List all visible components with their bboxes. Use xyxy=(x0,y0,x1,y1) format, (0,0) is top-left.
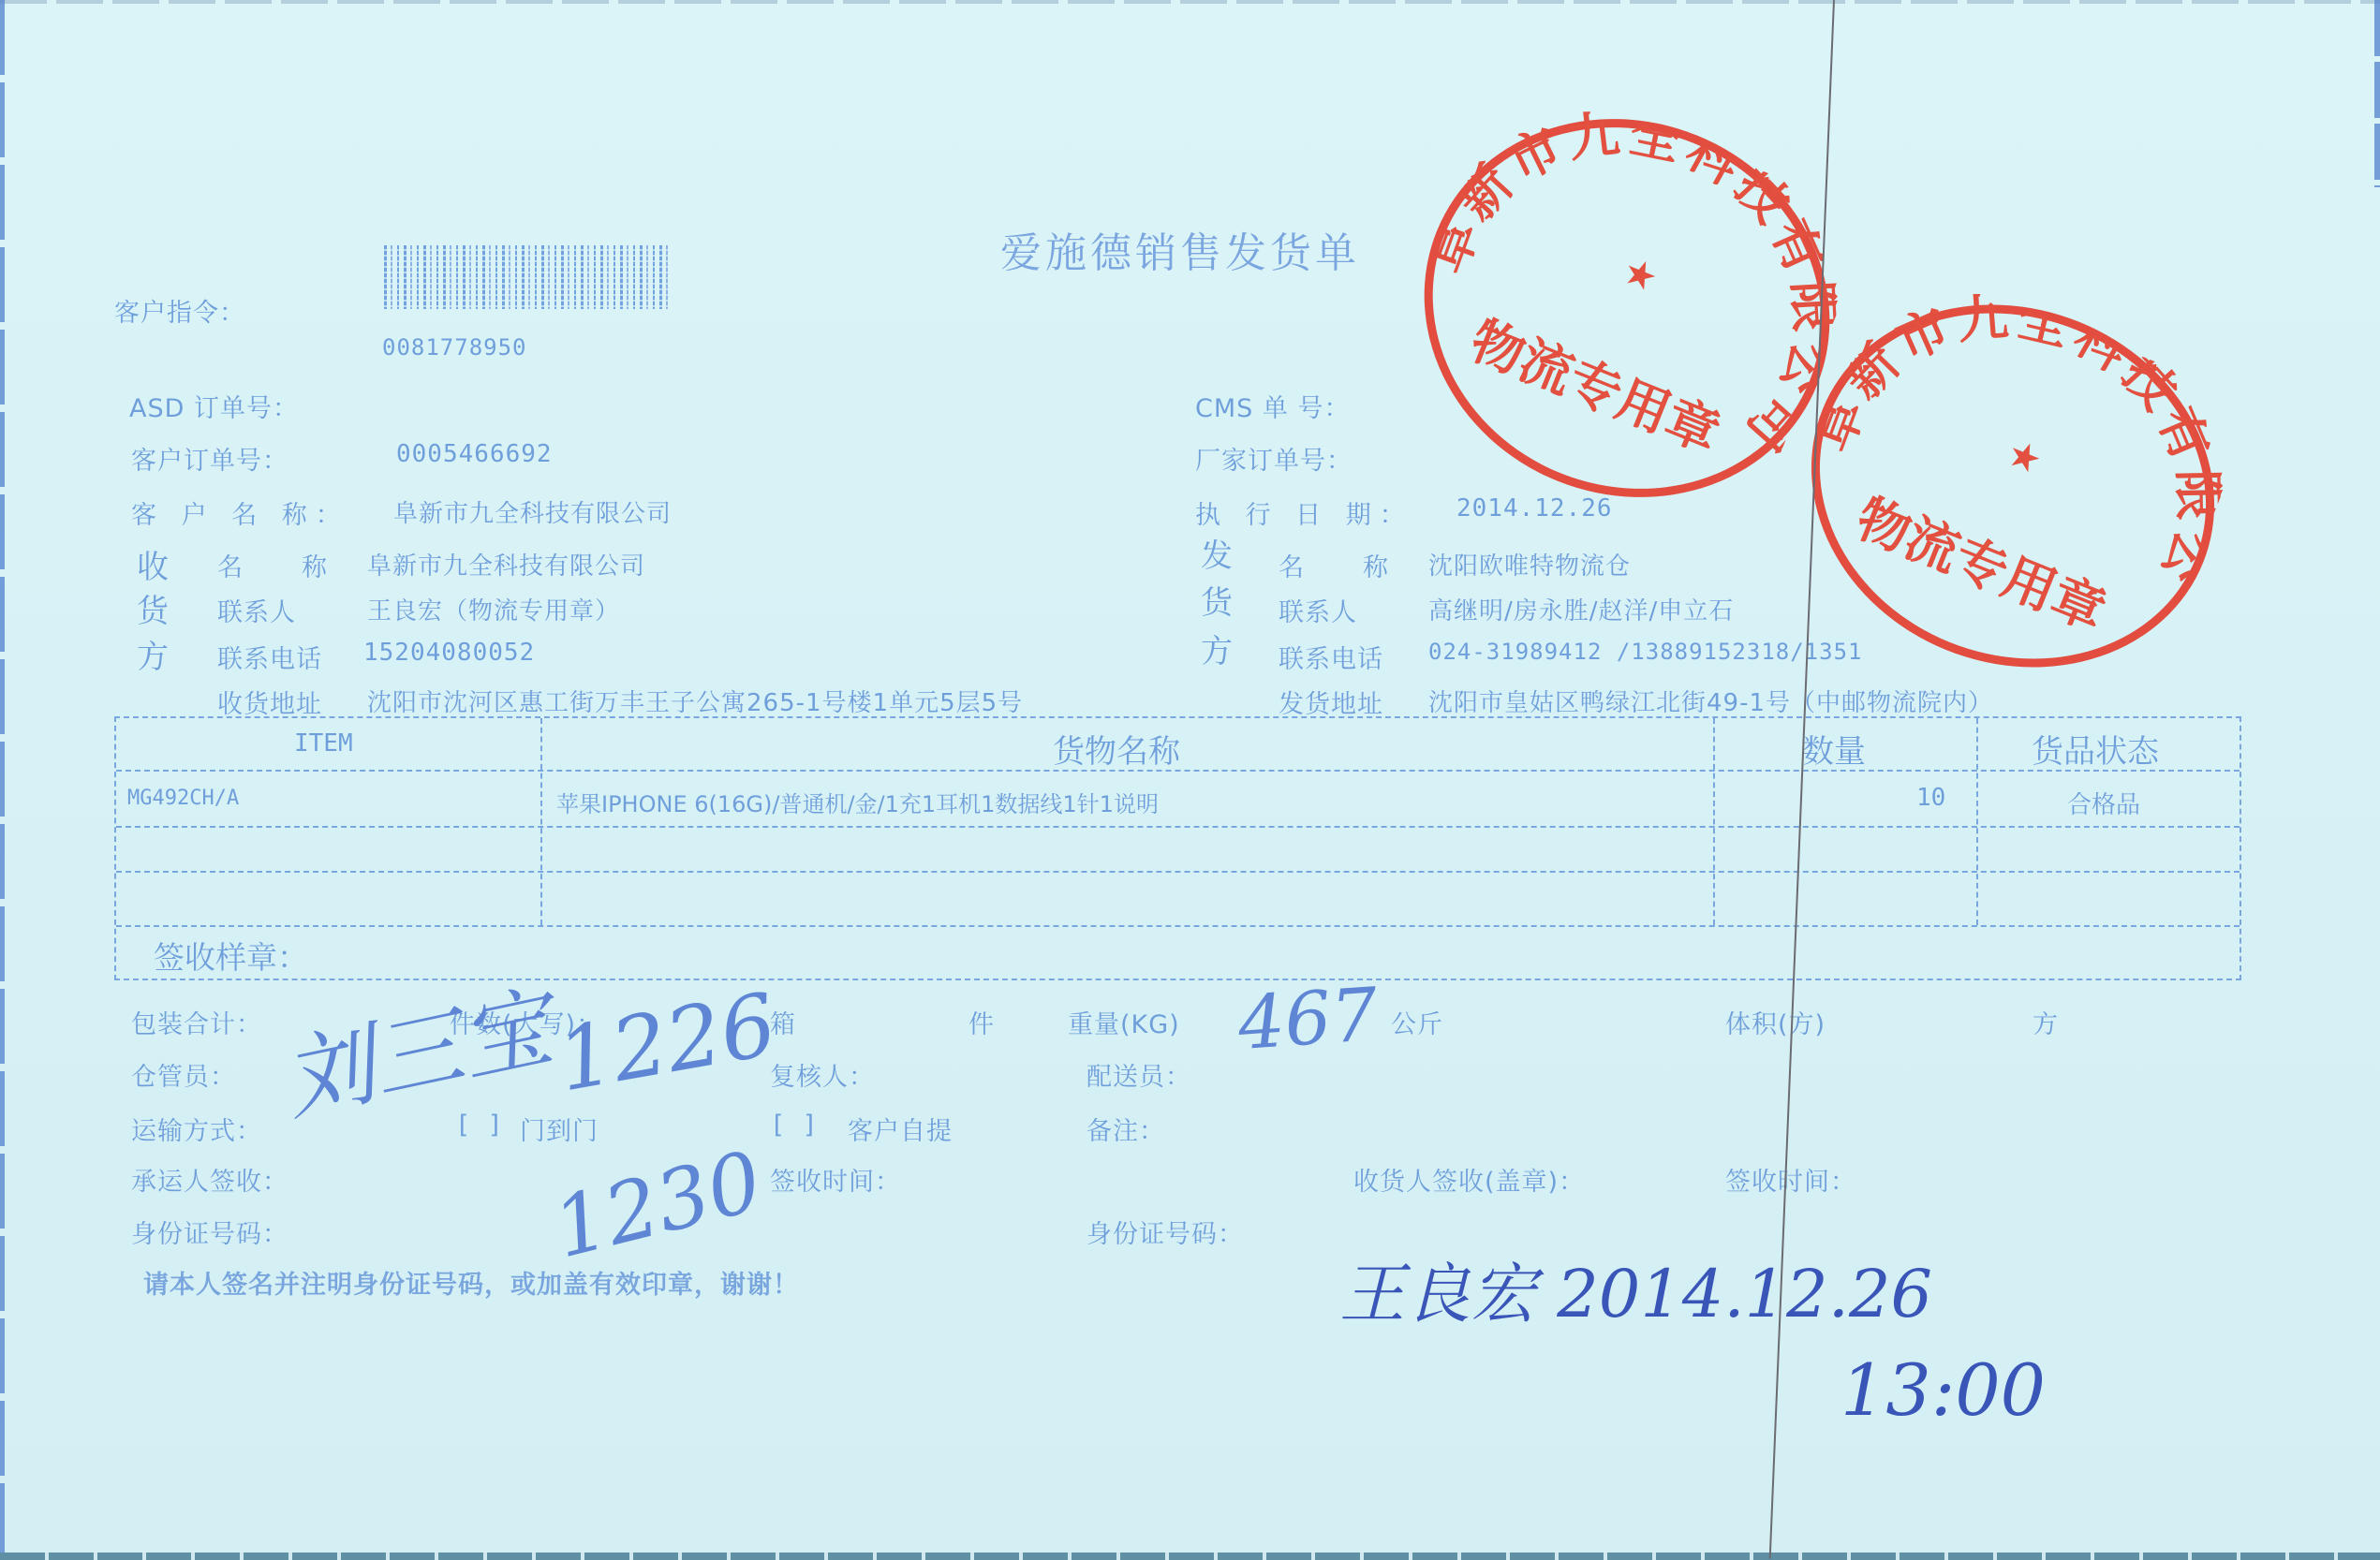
handwritten-time-2: 1230 xyxy=(544,1132,771,1276)
volume-unit: 方 xyxy=(2033,1004,2059,1040)
cms-order-label: CMS 单 号： xyxy=(1195,388,1350,424)
volume-label: 体积(方) xyxy=(1725,1004,1826,1040)
receiver-address-label: 收货地址 xyxy=(217,684,322,720)
receiver-contact-label: 联系人 xyxy=(217,592,296,628)
factory-order-label: 厂家订单号： xyxy=(1195,440,1353,477)
self-pickup-label: 客户自提 xyxy=(848,1111,953,1147)
weight-label: 重量(KG) xyxy=(1068,1004,1180,1040)
row-status: 合格品 xyxy=(2067,786,2140,820)
receiver-address-value: 沈阳市沈河区惠工街万丰王子公寓265-1号楼1单元5层5号 xyxy=(367,684,1023,718)
svg-text:★: ★ xyxy=(1617,249,1663,302)
handwritten-receiver-signature: 王良宏 2014.12.26 xyxy=(1339,1242,1932,1336)
barcode-icon xyxy=(384,245,670,309)
sender-phone-label: 联系电话 xyxy=(1279,639,1383,675)
table-col-divider xyxy=(1713,718,1715,925)
sender-side-char-2: 货 xyxy=(1201,577,1234,623)
receiver-sign-time-label: 签收时间： xyxy=(1725,1161,1856,1198)
table-divider xyxy=(116,871,2240,873)
document-title: 爱施德销售发货单 xyxy=(1000,219,1360,279)
receiver-side-char-3: 方 xyxy=(137,631,170,677)
receiver-phone-value: 15204080052 xyxy=(363,639,535,667)
perforated-top-edge xyxy=(0,0,2380,4)
carrier-sign-label: 承运人签收： xyxy=(131,1161,288,1198)
customer-instruction-number: 0081778950 xyxy=(382,334,527,361)
asd-order-label: ASD 订单号： xyxy=(129,388,299,424)
customer-instruction-label: 客户指令： xyxy=(114,292,245,329)
row-quantity: 10 xyxy=(1916,784,1945,812)
customer-name-value: 阜新市九全科技有限公司 xyxy=(393,494,672,529)
column-header-item: ITEM xyxy=(294,729,353,758)
svg-text:物流专用章: 物流专用章 xyxy=(1848,488,2114,642)
delivery-note-paper: 爱施德销售发货单 客户指令： 0081778950 ASD 订单号： 客户订单号… xyxy=(0,0,2380,1560)
receiver-phone-label: 联系电话 xyxy=(217,639,322,675)
sender-name-label: 名 称 xyxy=(1279,547,1405,583)
receiver-contact-value: 王良宏（物流专用章） xyxy=(367,592,620,626)
warehouse-keeper-label: 仓管员： xyxy=(131,1056,236,1093)
door-to-door-label: 门到门 xyxy=(520,1111,599,1147)
receiver-side-char-1: 收 xyxy=(137,541,170,587)
sender-name-value: 沈阳欧唯特物流仓 xyxy=(1428,547,1631,581)
deliverer-label: 配送员： xyxy=(1087,1056,1191,1093)
customer-order-value: 0005466692 xyxy=(396,440,553,468)
self-pickup-checkbox[interactable]: [ ] xyxy=(770,1111,819,1140)
exec-date-value: 2014.12.26 xyxy=(1456,494,1613,522)
signature-sample-label: 签收样章： xyxy=(154,934,308,978)
id-number-label-right: 身份证号码： xyxy=(1087,1214,1244,1250)
sender-address-label: 发货地址 xyxy=(1279,684,1383,720)
reviewer-label: 复核人： xyxy=(770,1056,875,1093)
package-total-label: 包装合计： xyxy=(131,1004,262,1040)
handwritten-receiver-time: 13:00 xyxy=(1840,1348,2046,1432)
table-col-divider xyxy=(540,718,542,925)
column-header-quantity: 数量 xyxy=(1802,726,1866,772)
row-item-code: MG492CH/A xyxy=(127,787,239,810)
transport-method-label: 运输方式： xyxy=(131,1111,262,1147)
handwritten-weight: 467 xyxy=(1235,973,1381,1067)
svg-text:★: ★ xyxy=(2001,431,2047,483)
column-header-goods-name: 货物名称 xyxy=(1053,726,1180,772)
svg-text:物流专用章: 物流专用章 xyxy=(1462,310,1728,464)
signature-notice: 请本人签名并注明身份证号码，或加盖有效印章，谢谢！ xyxy=(143,1264,799,1301)
table-divider xyxy=(116,826,2240,828)
sender-side-char-3: 方 xyxy=(1201,625,1234,671)
door-to-door-checkbox[interactable]: [ ] xyxy=(455,1111,504,1140)
handwritten-warehouse-signature: 刘三宝 xyxy=(271,957,561,1139)
receiver-side-char-2: 货 xyxy=(137,585,170,631)
receiver-name-value: 阜新市九全科技有限公司 xyxy=(367,547,645,581)
sender-address-value: 沈阳市皇姑区鸭绿江北街49-1号（中邮物流院内） xyxy=(1428,684,1993,718)
sender-phone-value: 024-31989412 /13889152318/1351 xyxy=(1428,639,1862,665)
weight-unit: 公斤 xyxy=(1391,1004,1443,1040)
customer-order-label: 客户订单号： xyxy=(131,440,288,477)
receiver-sign-label: 收货人签收(盖章)： xyxy=(1353,1161,1585,1198)
sender-contact-label: 联系人 xyxy=(1279,592,1357,628)
carrier-sign-time-label: 签收时间： xyxy=(770,1161,901,1198)
exec-date-label: 执 行 日 期： xyxy=(1195,494,1413,531)
perforated-left-edge xyxy=(0,0,5,1560)
seal-text: 阜新市九全科技有限公司 ★ 物流专用章 xyxy=(1378,69,1876,547)
perforated-right-edge xyxy=(2374,0,2380,187)
id-number-label-left: 身份证号码： xyxy=(131,1214,288,1250)
piece-label: 件 xyxy=(968,1004,995,1040)
sender-side-char-1: 发 xyxy=(1201,530,1234,576)
table-col-divider xyxy=(1976,718,1978,925)
column-header-status: 货品状态 xyxy=(2032,726,2159,772)
handwritten-time-1: 1226 xyxy=(550,974,783,1111)
row-goods-name: 苹果IPHONE 6(16G)/普通机/金/1充1耳机1数据线1针1说明 xyxy=(556,786,1159,818)
receiver-name-label: 名 称 xyxy=(217,547,344,583)
perforated-bottom-edge xyxy=(0,1553,2380,1560)
goods-table: ITEM 货物名称 数量 货品状态 MG492CH/A 苹果IPHONE 6(1… xyxy=(114,716,2241,980)
table-divider xyxy=(116,925,2240,927)
remarks-label: 备注： xyxy=(1087,1111,1165,1147)
sender-contact-value: 高继明/房永胜/赵洋/申立石 xyxy=(1428,592,1734,626)
customer-name-label: 客 户 名 称： xyxy=(131,494,349,531)
